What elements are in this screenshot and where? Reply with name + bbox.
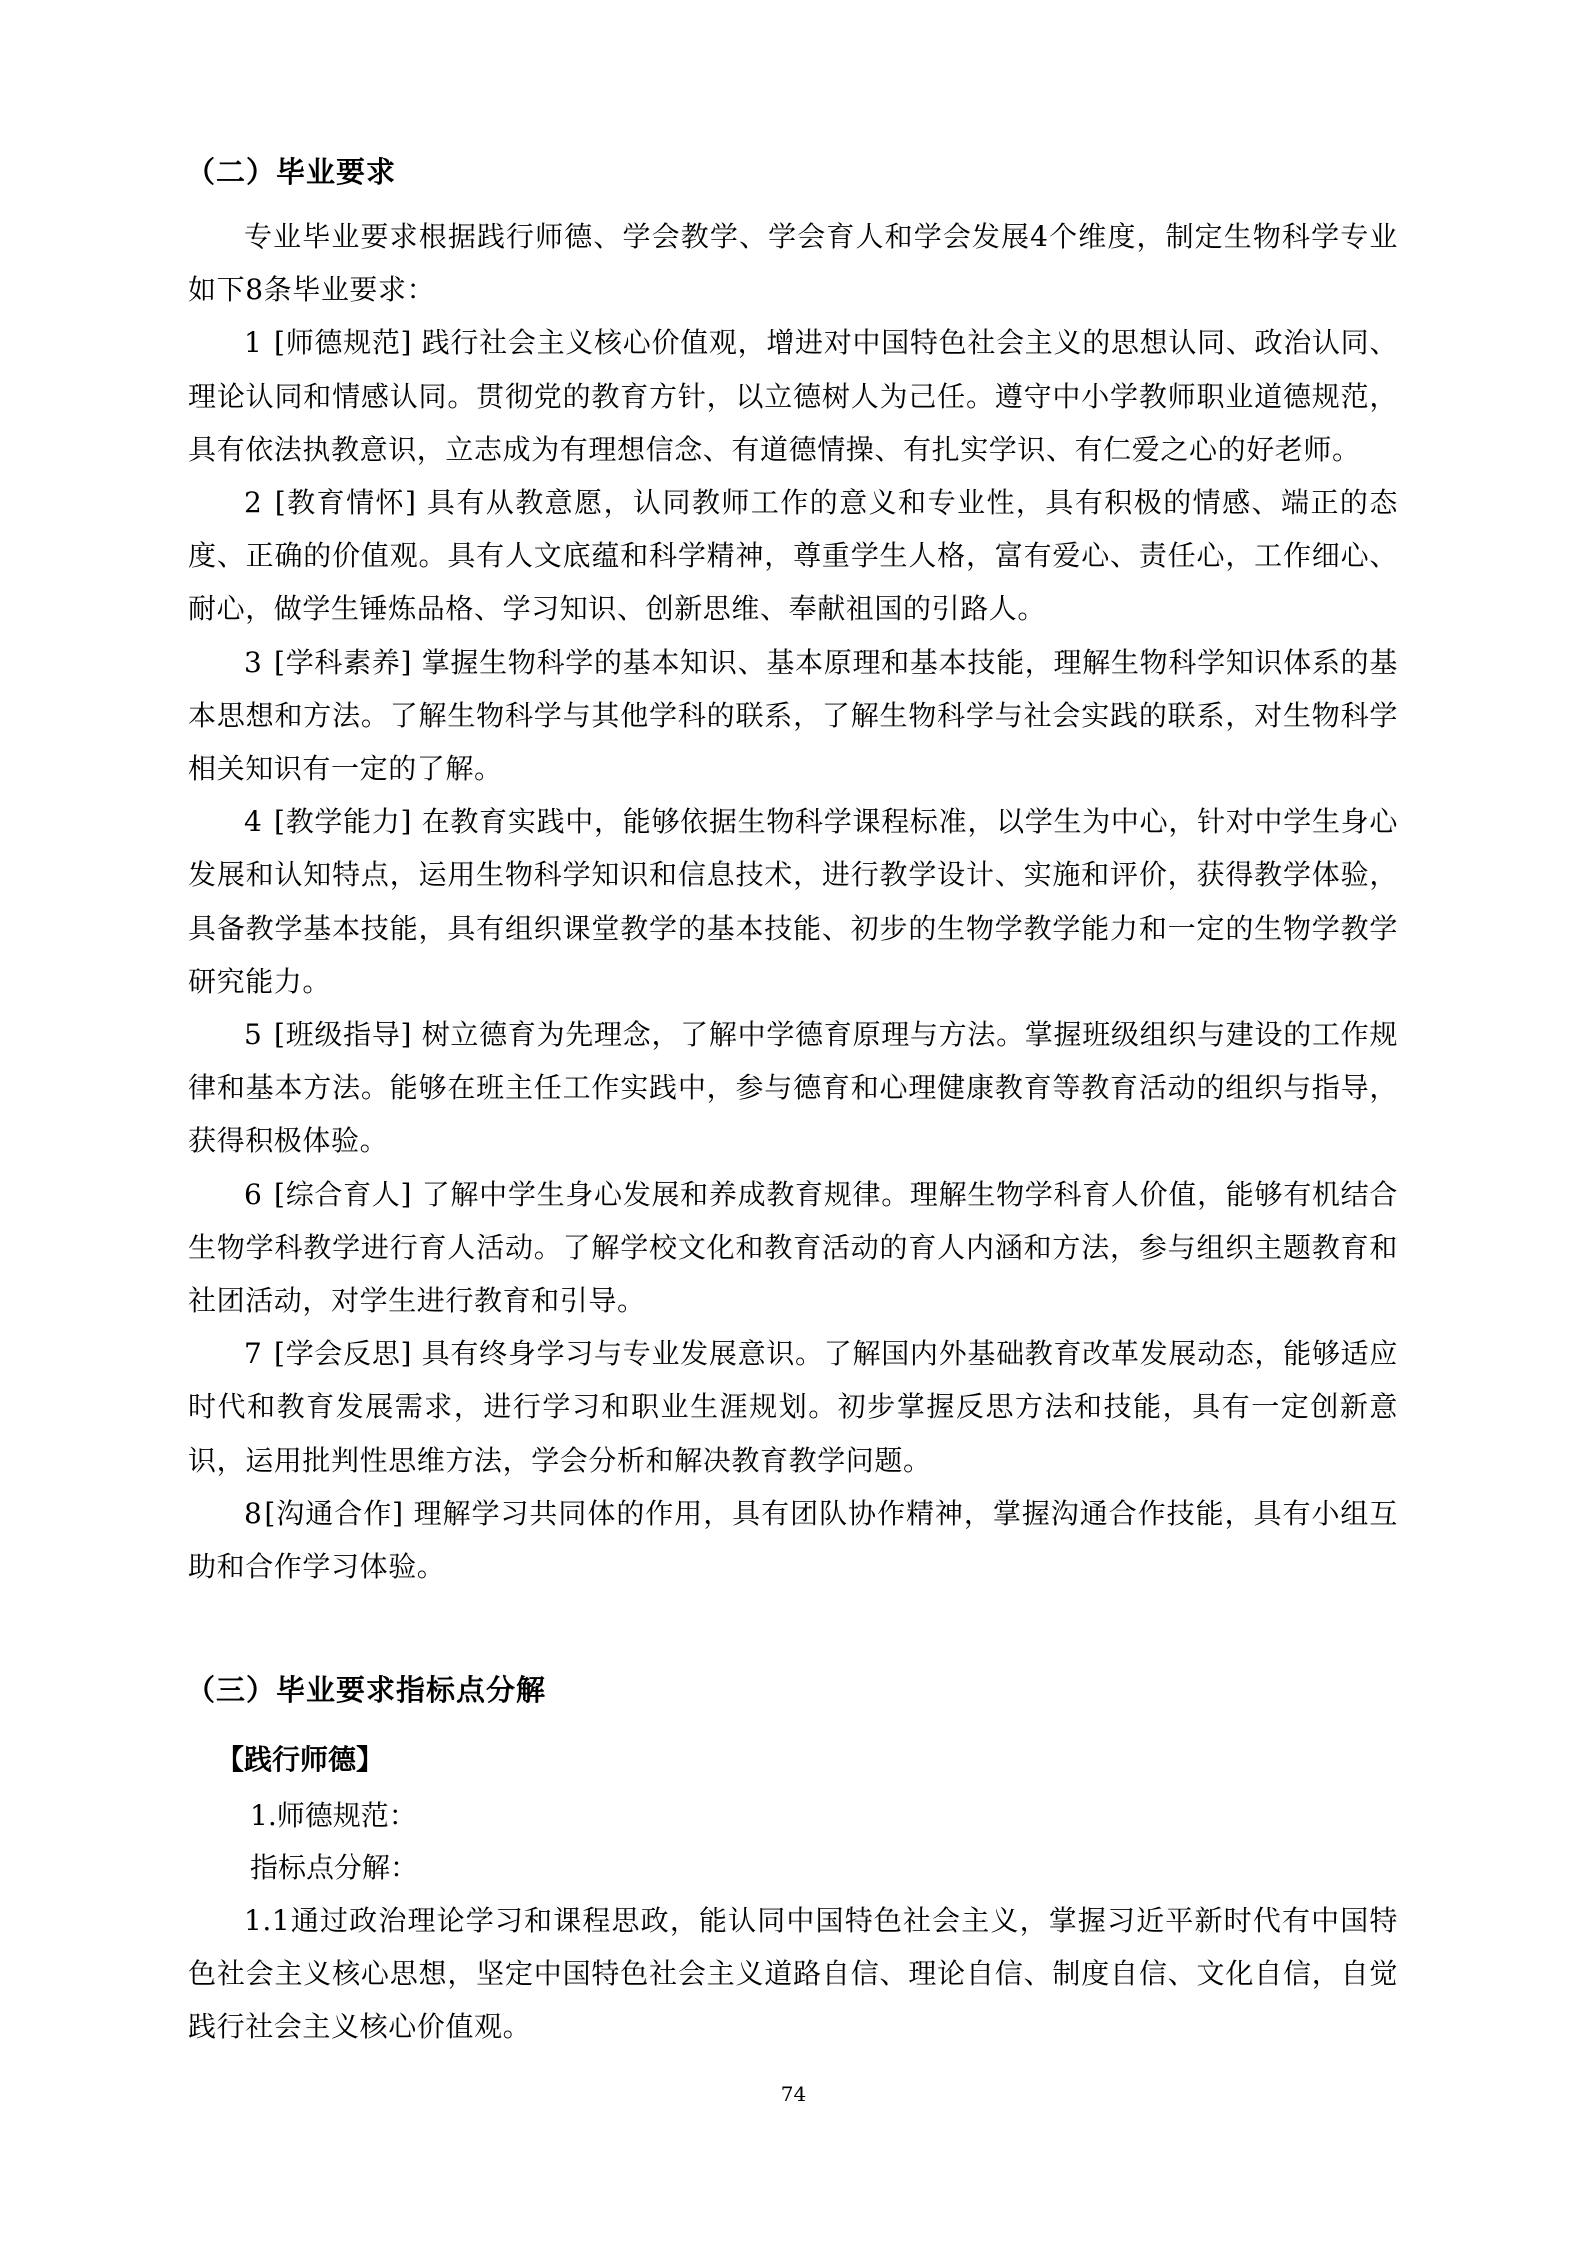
- requirement-number: 8: [244, 1497, 262, 1530]
- requirement-5: 5 [班级指导] 树立德育为先理念，了解中学德育原理与方法。掌握班级组织与建设的…: [188, 1008, 1398, 1168]
- graduation-requirements-body: 专业毕业要求根据践行师德、学会教学、学会育人和学会发展4个维度，制定生物科学专业…: [188, 210, 1398, 1593]
- requirement-number: 6: [244, 1178, 262, 1211]
- requirement-tag: [沟通合作]: [264, 1497, 403, 1530]
- requirement-number: 7: [244, 1337, 262, 1370]
- indicator-point-1-1: 1.1通过政治理论学习和课程思政，能认同中国特色社会主义，掌握习近平新时代有中国…: [188, 1894, 1398, 2054]
- requirement-3: 3 [学科素养] 掌握生物科学的基本知识、基本原理和基本技能，理解生物科学知识体…: [188, 636, 1398, 796]
- section-heading-indicator-breakdown: （三）毕业要求指标点分解: [186, 1668, 546, 1709]
- requirement-7: 7 [学会反思] 具有终身学习与专业发展意识。了解国内外基础教育改革发展动态，能…: [188, 1327, 1398, 1487]
- requirement-tag: [学科素养]: [274, 646, 412, 679]
- indicator-point-block: 1.1通过政治理论学习和课程思政，能认同中国特色社会主义，掌握习近平新时代有中国…: [188, 1894, 1398, 2054]
- requirement-1: 1 [师德规范] 践行社会主义核心价值观，增进对中国特色社会主义的思想认同、政治…: [188, 316, 1398, 476]
- section-heading-graduation-requirements: （二）毕业要求: [186, 150, 396, 191]
- requirement-tag: [班级指导]: [274, 1018, 412, 1051]
- requirement-6: 6 [综合育人] 了解中学生身心发展和养成教育规律。理解生物学科育人价值，能够有…: [188, 1168, 1398, 1328]
- requirement-tag: [教育情怀]: [275, 486, 417, 519]
- dimension-heading: 【践行师德】: [216, 1738, 384, 1778]
- requirement-tag: [教学能力]: [274, 805, 412, 838]
- requirement-number: 3: [244, 646, 262, 679]
- requirement-number: 2: [244, 486, 262, 519]
- page-number: 74: [0, 2082, 1587, 2106]
- requirement-tag: [学会反思]: [274, 1337, 412, 1370]
- requirement-tag: [师德规范]: [274, 326, 412, 359]
- requirement-number: 5: [244, 1018, 262, 1051]
- requirement-2: 2 [教育情怀] 具有从教意愿，认同教师工作的意义和专业性，具有积极的情感、端正…: [188, 476, 1398, 636]
- requirement-number: 1: [244, 326, 262, 359]
- intro-paragraph: 专业毕业要求根据践行师德、学会教学、学会育人和学会发展4个维度，制定生物科学专业…: [188, 210, 1398, 316]
- item-title: 1.师德规范：: [250, 1794, 417, 1834]
- breakdown-label: 指标点分解：: [250, 1846, 418, 1886]
- requirement-4: 4 [教学能力] 在教育实践中，能够依据生物科学课程标准，以学生为中心，针对中学…: [188, 795, 1398, 1008]
- requirement-tag: [综合育人]: [274, 1178, 412, 1211]
- document-page: （二）毕业要求 专业毕业要求根据践行师德、学会教学、学会育人和学会发展4个维度，…: [0, 0, 1587, 2245]
- requirement-number: 4: [244, 805, 262, 838]
- requirement-8: 8[沟通合作] 理解学习共同体的作用，具有团队协作精神，掌握沟通合作技能，具有小…: [188, 1487, 1398, 1593]
